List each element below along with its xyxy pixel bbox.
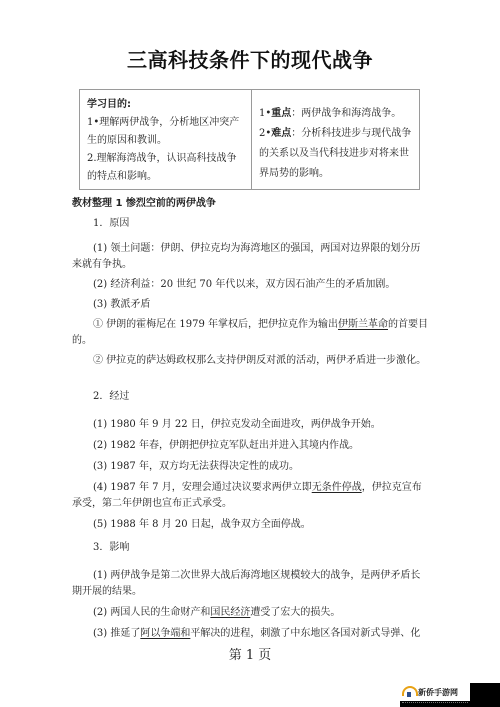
text-run: (3) 推延了 bbox=[93, 628, 140, 639]
text-run: (2) 两国人民的生命财产和 bbox=[93, 607, 210, 618]
difficulty-item: 2•难点：分析科技进步与现代战争的关系以及当代科技进步对将来世界局势的影响。 bbox=[259, 124, 413, 184]
goals-left-cell: 学习目的: 1•理解两伊战争，分析地区冲突产生的原因和教训。 2.理解海湾战争，… bbox=[80, 90, 252, 189]
paragraph: (2) 经济利益：20 世纪 70 年代以来，双方因石油产生的矛盾加剧。 bbox=[72, 277, 428, 293]
watermark-badge: 新侨手游网 bbox=[400, 683, 470, 701]
goal-item: 2.理解海湾战争，认识高科技战争的特点和影响。 bbox=[87, 150, 245, 186]
house-logo-icon bbox=[402, 686, 416, 698]
paragraph: ② 伊拉克的萨达姆政权那么支持伊朗反对派的活动，两伊矛盾进一步激化。 bbox=[72, 353, 428, 369]
item-prefix: 2• bbox=[259, 128, 271, 139]
paragraph: ① 伊朗的霍梅尼在 1979 年掌权后，把伊拉克作为输出伊斯兰革命的首要目的。 bbox=[72, 317, 428, 349]
paragraph: (1) 1980 年 9 月 22 日，伊拉克发动全面进攻，两伊战争开始。 bbox=[72, 417, 428, 433]
paragraph: (4) 1987 年 7 月，安理会通过决议要求两伊立即无条件停战，伊拉克宣布承… bbox=[72, 480, 428, 512]
underlined-term: 阿以争端和 bbox=[140, 628, 190, 639]
paragraph: (2) 1982 年春，伊朗把伊拉克军队赶出并进入其境内作战。 bbox=[72, 438, 428, 454]
section-title: 教材整理 1 惨烈空前的两伊战争 bbox=[72, 194, 216, 209]
subheading-cause: 1．原因 bbox=[72, 216, 428, 232]
text-run: ① 伊朗的霍梅尼在 1979 年掌权后，把伊拉克作为输出 bbox=[93, 319, 338, 330]
learning-goals-table: 学习目的: 1•理解两伊战争，分析地区冲突产生的原因和教训。 2.理解海湾战争，… bbox=[79, 89, 420, 190]
watermark-text: 新侨手游网 bbox=[418, 687, 458, 698]
goals-right-cell: 1•重点：两伊战争和海湾战争。 2•难点：分析科技进步与现代战争的关系以及当代科… bbox=[252, 90, 419, 189]
difficulty-label: 难点 bbox=[271, 128, 291, 139]
paragraph: (3) 1987 年，双方均无法获得决定性的成功。 bbox=[72, 459, 428, 475]
text-run: 遭受了宏大的损失。 bbox=[250, 607, 340, 618]
key-point-item: 1•重点：两伊战争和海湾战争。 bbox=[259, 104, 413, 124]
text-run: 平解决的进程，刺激了中东地区各国对新式导弹、化 bbox=[190, 628, 420, 639]
goals-heading: 学习目的: bbox=[87, 96, 245, 114]
watermark-subline bbox=[402, 702, 468, 705]
paragraph: (1) 领土问题：伊朗、伊拉克均为海湾地区的强国，两国对边界限的划分历来就有争执… bbox=[72, 241, 428, 273]
underlined-term: 无条件停战 bbox=[312, 482, 362, 493]
paragraph: (3) 教派矛盾 bbox=[72, 297, 428, 313]
goal-item: 1•理解两伊战争，分析地区冲突产生的原因和教训。 bbox=[87, 114, 245, 150]
key-point-label: 重点 bbox=[271, 108, 291, 119]
paragraph: (3) 推延了阿以争端和平解决的进程，刺激了中东地区各国对新式导弹、化 bbox=[72, 626, 428, 642]
key-point-text: ：两伊战争和海湾战争。 bbox=[291, 108, 401, 119]
page-number: 第 1 页 bbox=[0, 644, 500, 663]
page-title: 三高科技条件下的现代战争 bbox=[0, 44, 500, 73]
underlined-term: 国民经济 bbox=[210, 607, 250, 618]
underlined-term: 伊斯兰革命 bbox=[338, 319, 388, 330]
paragraph: (2) 两国人民的生命财产和国民经济遭受了宏大的损失。 bbox=[72, 605, 428, 621]
subheading-impact: 3．影响 bbox=[72, 540, 428, 556]
subheading-process: 2．经过 bbox=[72, 389, 428, 405]
section-process: 2．经过 (1) 1980 年 9 月 22 日，伊拉克发动全面进攻，两伊战争开… bbox=[72, 389, 428, 533]
item-prefix: 1• bbox=[259, 108, 271, 119]
section-impact: 3．影响 (1) 两伊战争是第二次世界大战后海湾地区规模较大的战争，是两伊矛盾长… bbox=[72, 540, 428, 642]
paragraph: (5) 1988 年 8 月 20 日起，战争双方全面停战。 bbox=[72, 517, 428, 533]
section-cause: 1．原因 (1) 领土问题：伊朗、伊拉克均为海湾地区的强国，两国对边界限的划分历… bbox=[72, 216, 428, 369]
text-run: (4) 1987 年 7 月，安理会通过决议要求两伊立即 bbox=[93, 482, 312, 493]
paragraph: (1) 两伊战争是第二次世界大战后海湾地区规模较大的战争，是两伊矛盾长期开展的结… bbox=[72, 568, 428, 600]
watermark: 新侨手游网 bbox=[400, 683, 500, 707]
